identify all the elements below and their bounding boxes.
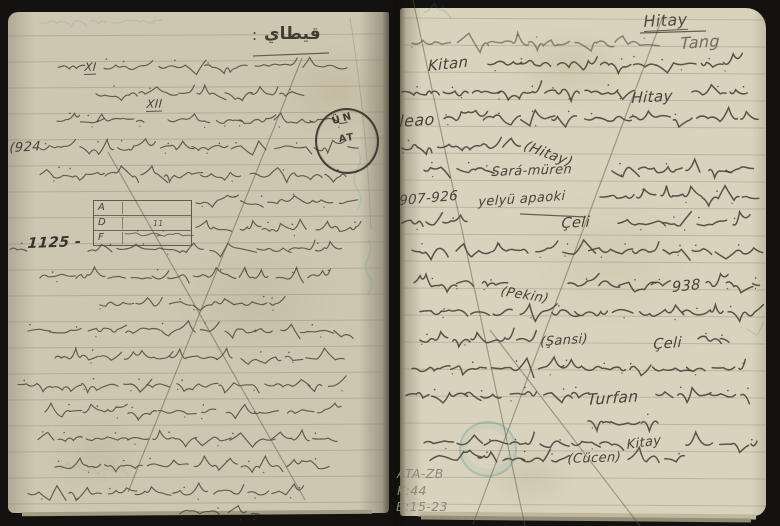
handwritten-token: Kitay: [626, 433, 661, 453]
left-page-title-colon: :: [252, 26, 257, 44]
handwritten-token: Hitay: [631, 87, 673, 107]
handwritten-token: 938: [672, 277, 701, 296]
handwritten-token: 907-926: [399, 188, 458, 209]
handwritten-token: Sará-müren: [491, 162, 573, 180]
handwriting-tokens: قيطاي : Hitay ATA-ZB K:44 B:15-23 TangKi…: [0, 0, 780, 526]
handwritten-token: (Şansi): [540, 332, 588, 350]
handwritten-token: Çeli: [561, 214, 591, 232]
notebook-photo-scene: A D 11 F ÜN AT قيطاي : Hitay ATA-ZB K:44…: [0, 0, 780, 526]
archive-ref-line: B:15-23: [396, 499, 448, 514]
handwritten-token: Turfan: [587, 387, 639, 409]
handwritten-token: XI: [84, 60, 97, 75]
archive-ref-line: K:44: [397, 483, 427, 498]
handwritten-token: Çeli: [653, 335, 682, 353]
left-page-title: قيطاي: [264, 24, 321, 44]
handwritten-token: Tang: [680, 31, 720, 53]
handwritten-token: (924: [9, 139, 41, 156]
handwritten-token: Kitan: [428, 53, 468, 75]
handwritten-token: (Pekin): [499, 284, 550, 306]
right-page-header-hitay: Hitay: [643, 10, 688, 32]
handwritten-token: (Cücen): [567, 450, 622, 467]
handwritten-token: 1125 -: [27, 234, 82, 252]
handwritten-token: yelyü apaoki: [478, 189, 566, 210]
archive-ref-line: ATA-ZB: [397, 466, 444, 481]
handwritten-token: XII: [146, 96, 163, 112]
handwritten-token: leao: [399, 109, 435, 131]
